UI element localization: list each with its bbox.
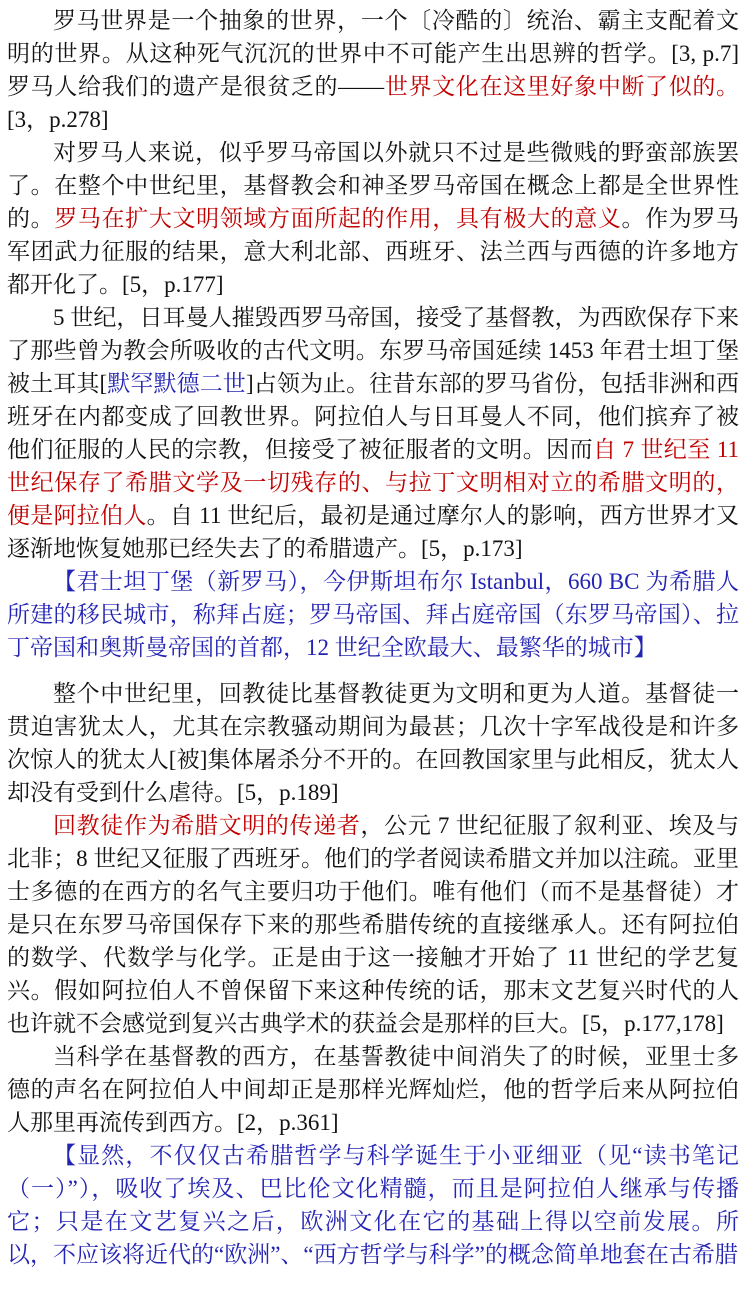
red-text-run: 世界文化在这里好象中断了似的。 [384, 74, 739, 99]
paragraph-5th-century-germanic: 5 世纪，日耳曼人摧毁西罗马帝国，接受了基督教，为西欧保存下来了那些曾为教会所吸… [7, 301, 739, 565]
text-run: ，公元 7 世纪征服了叙利亚、埃及与北非；8 世纪又征服了西班牙。他们的学者阅读… [7, 813, 739, 1036]
paragraph-muslims-transmitters: 回教徒作为希腊文明的传递者，公元 7 世纪征服了叙利亚、埃及与北非；8 世纪又征… [7, 809, 739, 1040]
red-text-run: 回教徒作为希腊文明的传递者 [53, 813, 361, 838]
paragraph-aristotle-fame: 当科学在基督教的西方，在基誓教徒中间消失了的时候，亚里士多德的声名在阿拉伯人中间… [7, 1040, 739, 1139]
blue-text-run: 默罕默德二世 [107, 371, 246, 396]
text-run: [3，p.278] [7, 107, 109, 132]
blue-text-run: 【君士坦丁堡（新罗马），今伊斯坦布尔 Istanbul，660 BC 为希腊人所… [7, 569, 739, 660]
blue-text-run: 【显然，不仅仅古希腊哲学与科学诞生于小亚细亚（见“读书笔记（一）”），吸收了埃及… [7, 1143, 739, 1267]
annotation-constantinople: 【君士坦丁堡（新罗马），今伊斯坦布尔 Istanbul，660 BC 为希腊人所… [7, 565, 739, 664]
text-run: 当科学在基督教的西方，在基誓教徒中间消失了的时候，亚里士多德的声名在阿拉伯人中间… [7, 1044, 739, 1135]
paragraph-roman-world: 罗马世界是一个抽象的世界，一个〔冷酷的〕统治、霸主支配着文明的世界。从这种死气沉… [7, 4, 739, 136]
annotation-commentary: 【显然，不仅仅古希腊哲学与科学诞生于小亚细亚（见“读书笔记（一）”），吸收了埃及… [7, 1139, 739, 1271]
document-page: 罗马世界是一个抽象的世界，一个〔冷酷的〕统治、霸主支配着文明的世界。从这种死气沉… [0, 0, 745, 1303]
red-text-run: 罗马在扩大文明领域方面所起的作用，具有极大的意义 [54, 206, 621, 231]
text-run: 整个中世纪里，回教徒比基督教徒更为文明和更为人道。基督徒一贯迫害犹太人，尤其在宗… [7, 681, 739, 805]
paragraph-roman-empire-middle-ages: 对罗马人来说，似乎罗马帝国以外就只不过是些微贱的野蛮部族罢了。在整个中世纪里，基… [7, 136, 739, 301]
paragraph-muslims-more-civilized: 整个中世纪里，回教徒比基督教徒更为文明和更为人道。基督徒一贯迫害犹太人，尤其在宗… [7, 677, 739, 809]
